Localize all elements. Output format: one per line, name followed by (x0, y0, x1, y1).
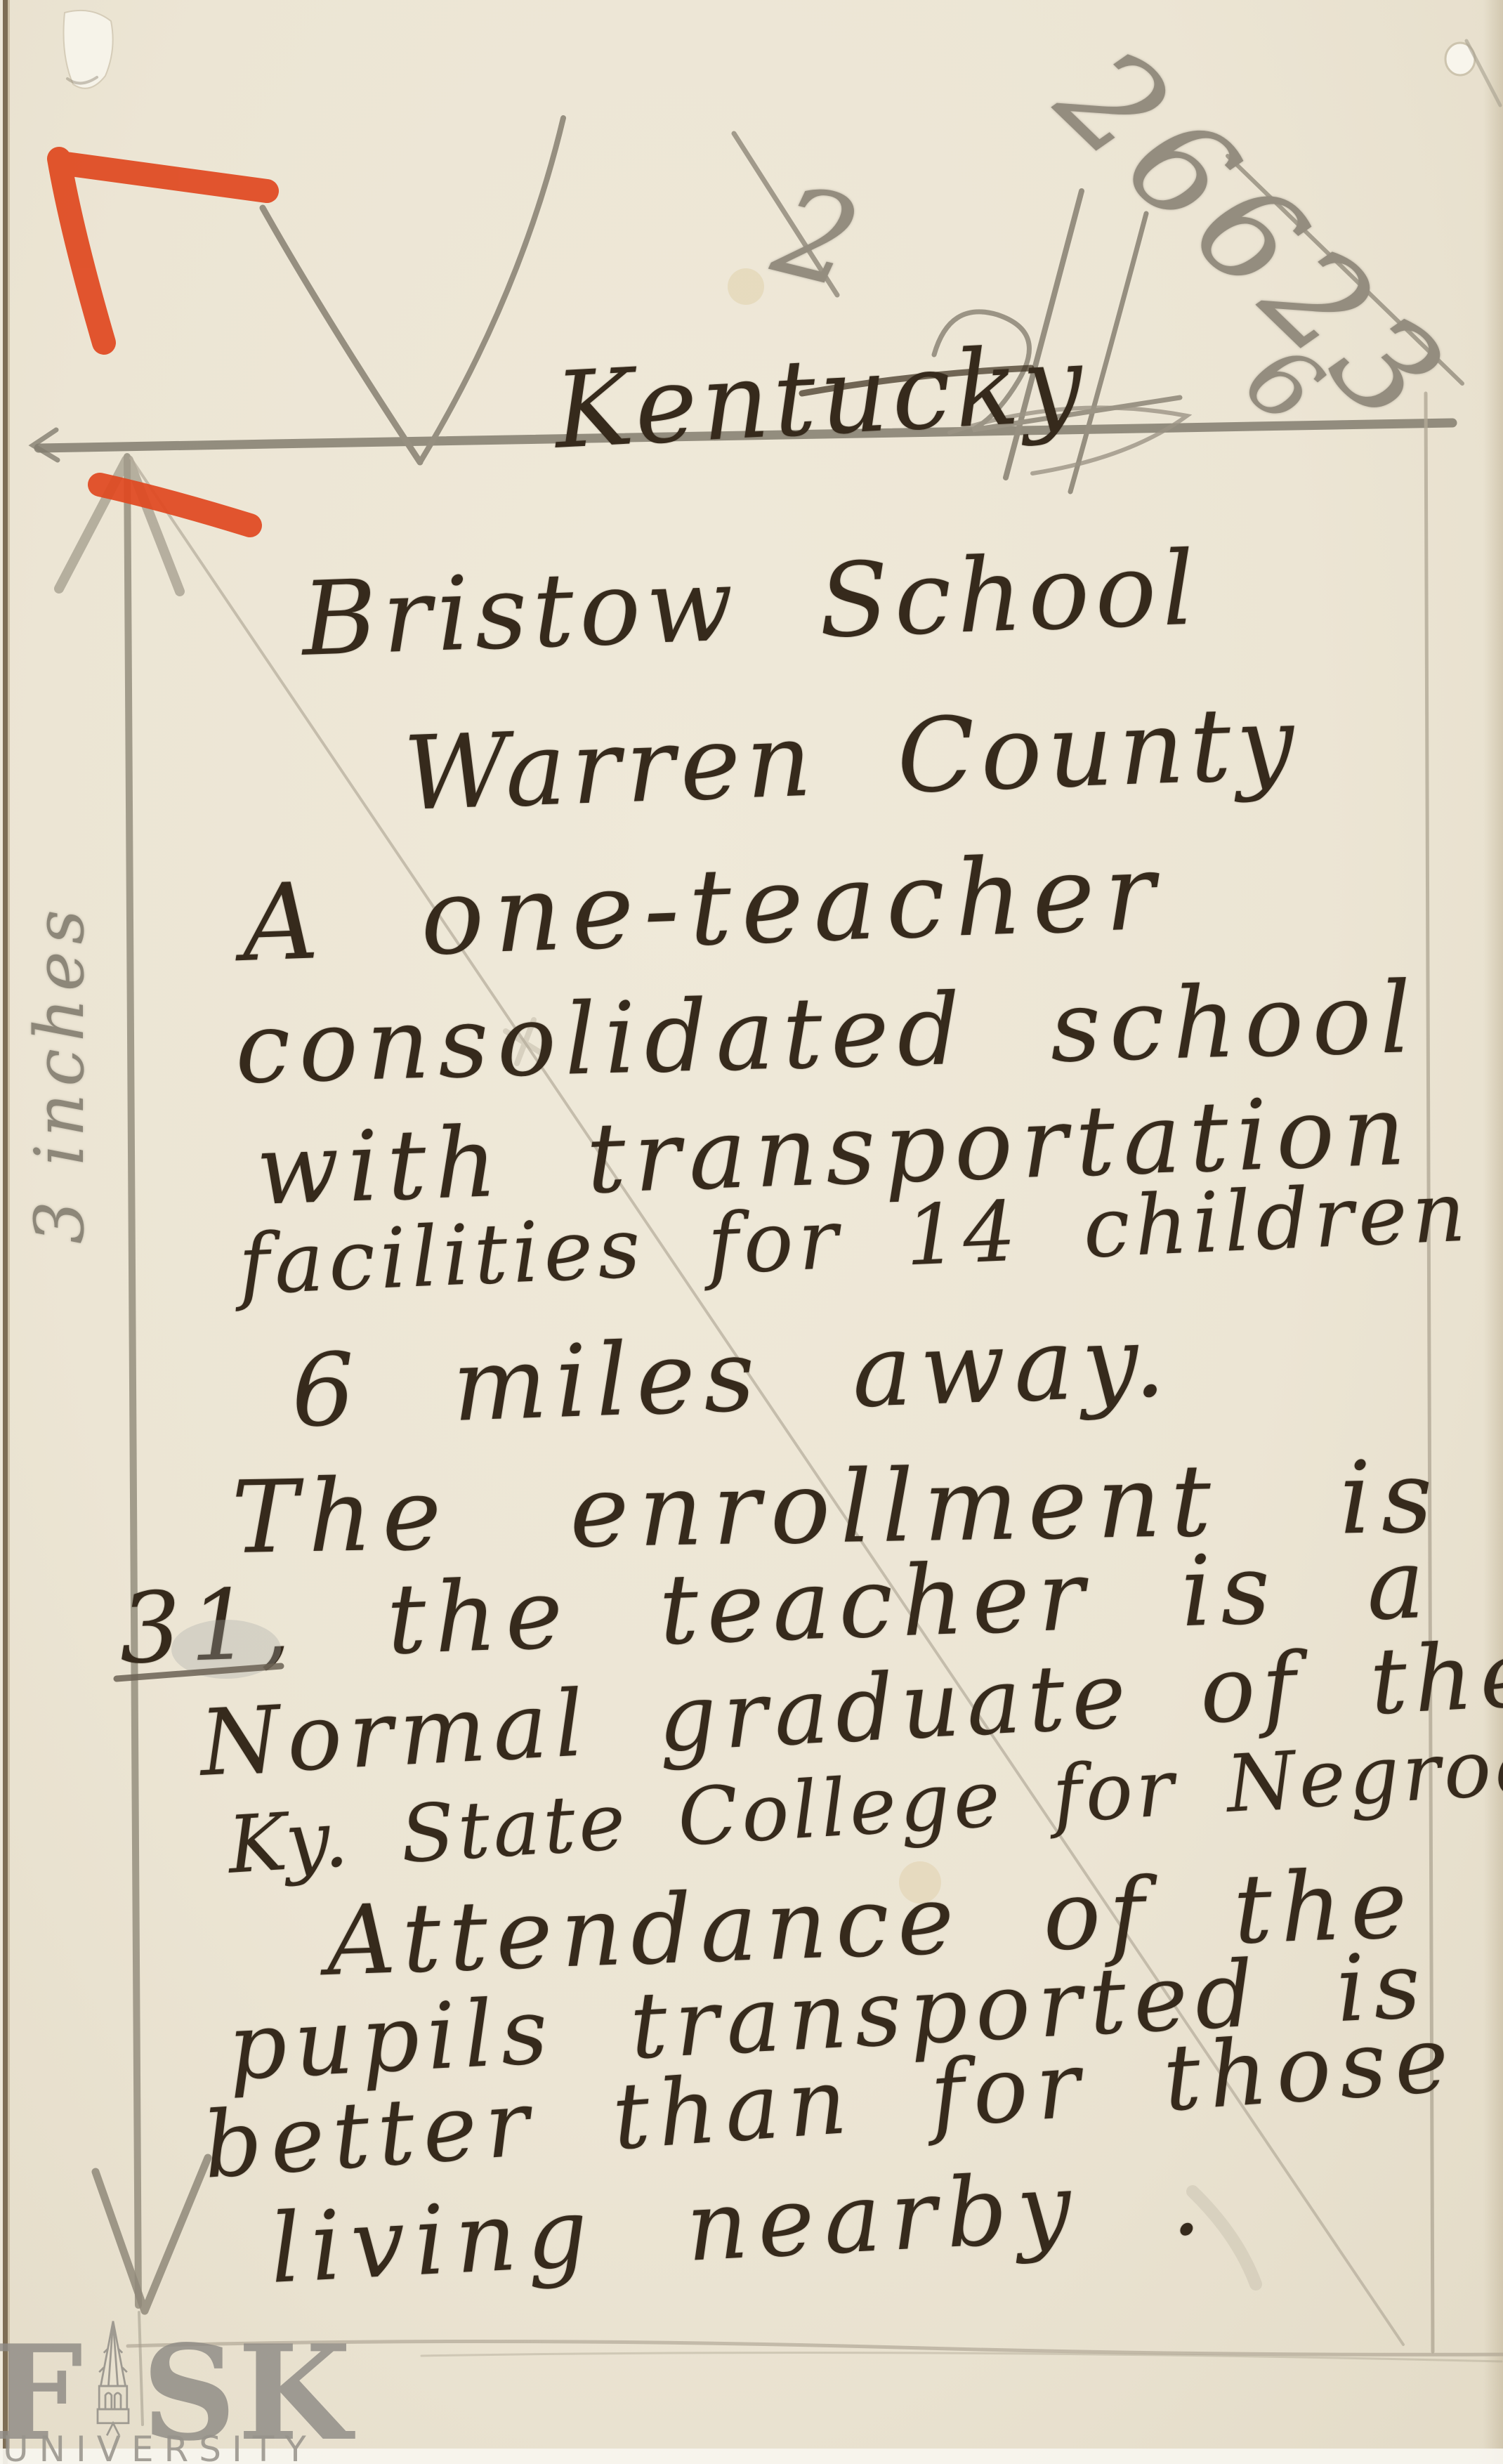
fisk-watermark-subtitle: UNIVERSITY (3, 2432, 317, 2464)
handwritten-line: Warren County (402, 689, 1301, 830)
paper-tear (64, 11, 113, 89)
orange-crayon-number-17 (59, 159, 267, 525)
handwritten-line: 6 miles away. (289, 1307, 1175, 1446)
down-arrow (96, 2158, 208, 2311)
handwritten-line-kentucky: Kentucky (552, 327, 1089, 468)
archival-note-card: 2 26623 6 3 inches Kentucky Bristow Scho… (0, 0, 1503, 2464)
left-arrowhead (33, 430, 58, 460)
pencil-number-2: 2 (764, 169, 869, 307)
scan-left-edge (0, 0, 11, 2464)
measurement-label: 3 inches (26, 877, 93, 1270)
vertical-measure-line (127, 457, 138, 2305)
handwritten-line: Bristow School (300, 534, 1202, 675)
punch-hole (1445, 43, 1475, 75)
handwritten-line: A one-teacher (240, 835, 1167, 981)
pencil-negative-suffix: 6 (1230, 329, 1337, 440)
up-arrow-flare (59, 460, 180, 591)
scan-right-edge (1483, 0, 1503, 2464)
check-mark-left (263, 208, 420, 462)
